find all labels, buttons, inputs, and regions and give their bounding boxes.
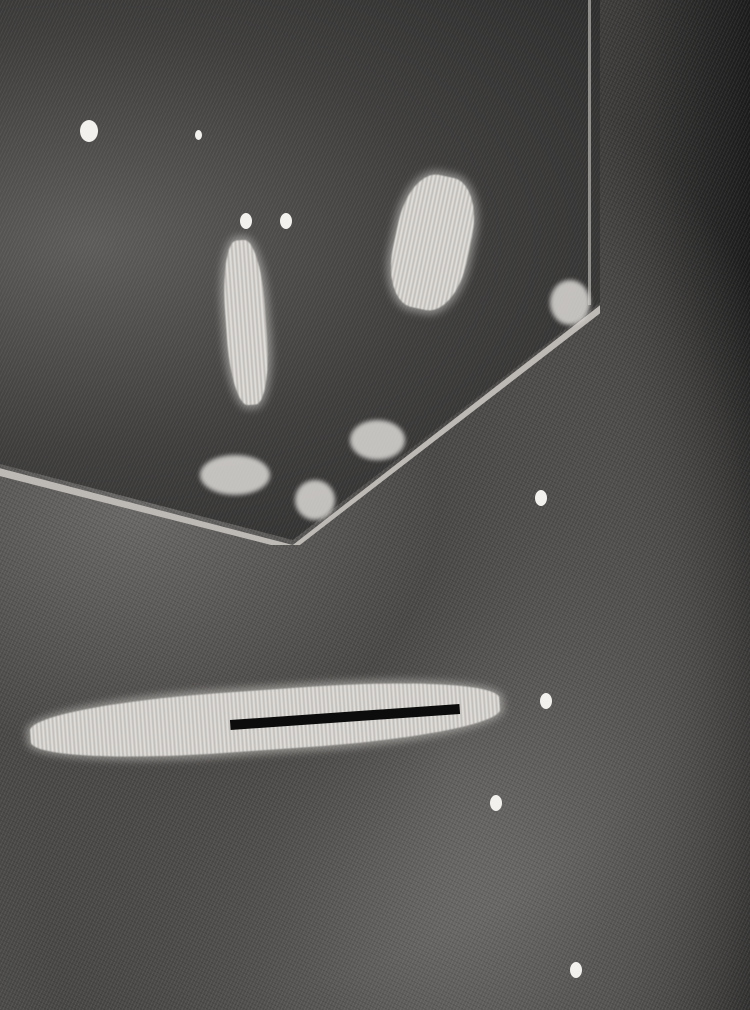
paint-dot (540, 693, 552, 709)
paint-dot (240, 213, 252, 229)
paint-dot (535, 490, 547, 506)
back-pocket (0, 0, 600, 540)
paint-dot (570, 962, 582, 978)
pocket-side-wear (550, 280, 590, 325)
paint-dot (195, 130, 202, 140)
paint-dot (490, 795, 502, 811)
pocket-point-wear (295, 480, 335, 520)
pocket-side-seam (588, 0, 591, 305)
paint-dot (280, 213, 292, 229)
pocket-corner-wear (200, 455, 270, 495)
denim-photo (0, 0, 750, 1010)
pocket-edge-wear (350, 420, 405, 460)
paint-dot (80, 120, 98, 142)
